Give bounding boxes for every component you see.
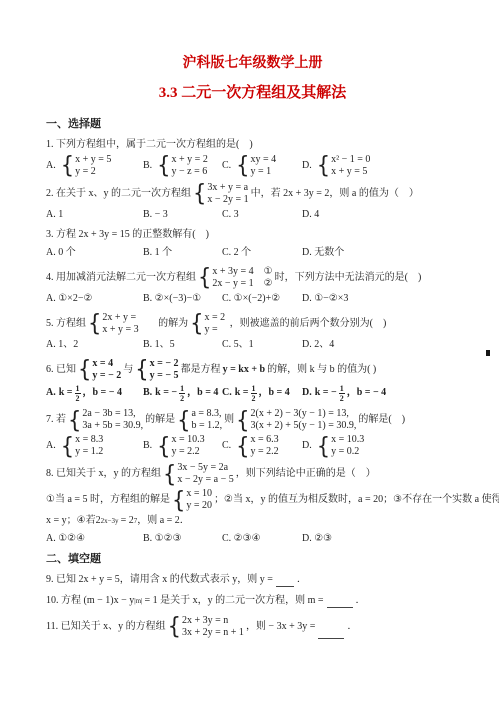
equation-system: {xy = 4y = 1 — [236, 154, 276, 178]
brace-icon: { — [68, 408, 81, 431]
equation-system: {x² − 1 = 0x + y = 5 — [317, 154, 371, 178]
option-a: A. 0 个 — [46, 246, 143, 260]
brace-icon: { — [193, 182, 206, 205]
equation-system: {3x + y = ax − 2y = 1 — [193, 182, 249, 206]
stem-text: 5. 方程组 — [46, 317, 86, 331]
option-d: D. {x = 10.3y = 0.2 — [302, 434, 459, 458]
equation-system: {x = 2y = — [190, 312, 228, 336]
stem-text: 11. 已知关于 x、y 的方程组 — [46, 620, 166, 634]
stem-text: ． — [356, 594, 366, 608]
option-d: D. ②③ — [302, 532, 459, 546]
fraction: 12 — [75, 384, 81, 403]
stem-text: 4. 用加减消元法解二元一次方程组 — [46, 271, 196, 285]
question-3-options: A. 0 个 B. 1 个 C. 2 个 D. 无数个 — [46, 246, 459, 260]
stem-text: 则 — [224, 413, 234, 427]
stem-text: 8. 已知关于 x，y 的方程组 — [46, 467, 161, 481]
stem-text: ． — [297, 573, 307, 587]
brace-icon: { — [236, 408, 249, 431]
stem-text: = 1 是关于 x，y 的二元一次方程，则 m = — [144, 594, 323, 608]
equation-system: {x = 8.3y = 1.2 — [61, 434, 104, 458]
option-b: B. 1、5 — [143, 338, 222, 352]
equation-system: {x + y = 5y = 2 — [61, 154, 112, 178]
option-d: D. 无数个 — [302, 246, 459, 260]
option-c: C. 3 — [222, 208, 302, 222]
question-8-statements-line1: ①当 a = 5 时，方程组的解是 {x = 10y = 20 ；②当 x，y … — [46, 488, 459, 512]
option-b: B. − 3 — [143, 208, 222, 222]
question-6-options: A. k = 12 ，b = − 4 B. k = − 12 ，b = 4 C.… — [46, 384, 459, 403]
question-2-options: A. 1 B. − 3 C. 3 D. 4 — [46, 208, 459, 222]
option-a: A. 1、2 — [46, 338, 143, 352]
option-c: C. 5、1 — [222, 338, 302, 352]
question-1-options: A. {x + y = 5y = 2 B. {x + y = 2y − z = … — [46, 154, 459, 178]
statement-text: x = y；④若2 — [46, 514, 101, 528]
question-1-stem: 1. 下列方程组中，属于二元一次方程组的是( ) — [46, 138, 459, 152]
option-a: A. {x + y = 5y = 2 — [46, 154, 143, 178]
option-b: B. {x = 10.3y = 2.2 — [143, 434, 222, 458]
stem-text: ，则下列结论中正确的是（ ） — [236, 467, 376, 481]
option-c: C. ②③④ — [222, 532, 302, 546]
stem-text: 的解，则 k 与 b 的值为( ) — [267, 363, 376, 377]
stem-text: 中，若 2x + 3y = 2，则 a 的值为（ ） — [251, 187, 419, 201]
brace-icon: { — [172, 488, 185, 511]
option-d: D. {x² − 1 = 0x + y = 5 — [302, 154, 459, 178]
stem-text: 的解为 — [148, 317, 188, 331]
equation-system: {a = 8.3,b = 1.2, — [177, 408, 222, 432]
fraction: 12 — [339, 384, 345, 403]
answer-blank — [318, 628, 344, 639]
question-9: 9. 已知 2x + y = 5，请用含 x 的代数式表示 y，则 y = ． — [46, 573, 459, 587]
section-fill-header: 二、填空题 — [46, 552, 459, 567]
option-d: D. 2、4 — [302, 338, 459, 352]
equation-system: {x = − 2y = − 5 — [135, 358, 178, 382]
question-8-stem: 8. 已知关于 x，y 的方程组 {3x − 5y = 2ax − 2y = a… — [46, 462, 459, 486]
worksheet-page: 沪科版七年级数学上册 3.3 二元一次方程组及其解法 一、选择题 1. 下列方程… — [0, 0, 499, 706]
brace-icon: { — [317, 154, 330, 177]
option-b: B. 1 个 — [143, 246, 222, 260]
equation-system: {x = 10.3y = 0.2 — [317, 434, 365, 458]
question-8-options: A. ①②④ B. ①②③ C. ②③④ D. ②③ — [46, 532, 459, 546]
statement-text: ；②当 x，y 的值互为相反数时，a = 20；③不存在一个实数 a 使得 — [214, 493, 499, 507]
option-b: B. k = − 12 ，b = 4 — [143, 384, 222, 403]
brace-icon: { — [78, 358, 91, 381]
fraction: 12 — [179, 384, 185, 403]
option-b: B. ②×(−3)−① — [143, 292, 222, 306]
equation-system: {x + 3y = 4 ①2x − y = 1 ② — [198, 266, 273, 290]
equation-system: {x = 6.3y = 2.2 — [236, 434, 279, 458]
brace-icon: { — [317, 434, 330, 457]
statement-text: = 2 — [121, 514, 134, 528]
stem-text: 10. 方程 (m − 1)x − y — [46, 594, 134, 608]
equation-system: {2x + 3y = n3x + 2y = n + 1 — [168, 615, 244, 639]
stem-text: 6. 已知 — [46, 363, 76, 377]
equation-system: {x = 10.3y = 2.2 — [157, 434, 205, 458]
question-3-stem: 3. 方程 2x + 3y = 15 的正整数解有( ) — [46, 228, 459, 242]
stem-text: 2. 在关于 x、y 的二元一次方程组 — [46, 187, 191, 201]
brace-icon: { — [190, 312, 203, 335]
page-title: 沪科版七年级数学上册 — [46, 56, 459, 73]
page-mark-dot — [486, 350, 490, 356]
brace-icon: { — [168, 615, 181, 638]
option-a: A. 1 — [46, 208, 143, 222]
option-a: A. ①②④ — [46, 532, 143, 546]
question-4-stem: 4. 用加减消元法解二元一次方程组 {x + 3y = 4 ①2x − y = … — [46, 266, 459, 290]
question-8-statements-line2: x = y；④若22x−3y= 27，则 a = 2． — [46, 514, 459, 528]
brace-icon: { — [163, 462, 176, 485]
brace-icon: { — [157, 154, 170, 177]
equation-system: {3x − 5y = 2ax − 2y = a − 5 — [163, 462, 234, 486]
option-a: A. ①×2−② — [46, 292, 143, 306]
question-5-stem: 5. 方程组 {2x + y = x + y = 3 的解为 {x = 2y =… — [46, 312, 459, 336]
brace-icon: { — [198, 266, 211, 289]
brace-icon: { — [135, 358, 148, 381]
equation-system: {2a − 3b = 13,3a + 5b = 30.9, — [68, 408, 143, 432]
stem-text: 3. 方程 2x + 3y = 15 的正整数解有( ) — [46, 228, 209, 242]
equation-system: {2(x + 2) − 3(y − 1) = 13,3(x + 2) + 5(y… — [236, 408, 356, 432]
option-b: B. ①②③ — [143, 532, 222, 546]
equation-system: {x = 10y = 20 — [172, 488, 212, 512]
statement-text: ①当 a = 5 时，方程组的解是 — [46, 493, 170, 507]
stem-text: 与 — [123, 363, 133, 377]
option-b: B. {x + y = 2y − z = 6 — [143, 154, 222, 178]
brace-icon: { — [61, 154, 74, 177]
stem-text: 9. 已知 2x + y = 5，请用含 x 的代数式表示 y，则 y = — [46, 573, 273, 587]
question-4-options: A. ①×2−② B. ②×(−3)−① C. ①×(−2)+② D. ①−②×… — [46, 292, 459, 306]
stem-text: ． — [347, 620, 357, 634]
equation-system: {2x + y = x + y = 3 — [88, 312, 146, 336]
fraction: 12 — [251, 384, 257, 403]
question-6-stem: 6. 已知 {x = 4y = − 2 与 {x = − 2y = − 5 都是… — [46, 358, 459, 382]
stem-text: 7. 若 — [46, 413, 66, 427]
stem-text: 的解是 — [145, 413, 175, 427]
question-7-options: A. {x = 8.3y = 1.2 B. {x = 10.3y = 2.2 C… — [46, 434, 459, 458]
question-7-stem: 7. 若 {2a − 3b = 13,3a + 5b = 30.9, 的解是 {… — [46, 408, 459, 432]
equation-system: {x = 4y = − 2 — [78, 358, 121, 382]
option-d: D. ①−②×3 — [302, 292, 459, 306]
stem-text: 1. 下列方程组中，属于二元一次方程组的是( ) — [46, 138, 253, 152]
answer-blank — [327, 597, 353, 608]
answer-blank — [276, 576, 294, 587]
equation-text: y = kx + b — [223, 363, 266, 377]
brace-icon: { — [236, 154, 249, 177]
brace-icon: { — [88, 312, 101, 335]
equation-system: {x + y = 2y − z = 6 — [157, 154, 208, 178]
stem-text: 时，下列方法中无法消元的是( ) — [275, 271, 422, 285]
option-a: A. {x = 8.3y = 1.2 — [46, 434, 143, 458]
option-a: A. k = 12 ，b = − 4 — [46, 384, 143, 403]
option-c: C. {xy = 4y = 1 — [222, 154, 302, 178]
question-5-options: A. 1、2 B. 1、5 C. 5、1 D. 2、4 — [46, 338, 459, 352]
stem-text: ，则 − 3x + 3y = — [246, 620, 315, 634]
page-subtitle: 3.3 二元一次方程组及其解法 — [46, 84, 459, 102]
brace-icon: { — [236, 434, 249, 457]
question-11: 11. 已知关于 x、y 的方程组 {2x + 3y = n3x + 2y = … — [46, 615, 459, 639]
section-choice-header: 一、选择题 — [46, 117, 459, 132]
question-2-stem: 2. 在关于 x、y 的二元一次方程组 {3x + y = ax − 2y = … — [46, 182, 459, 206]
option-d: D. k = − 12 ，b = − 4 — [302, 384, 459, 403]
statement-text: ，则 a = 2． — [137, 514, 190, 528]
option-d: D. 4 — [302, 208, 459, 222]
stem-text: 的解是( ) — [358, 413, 405, 427]
option-c: C. 2 个 — [222, 246, 302, 260]
brace-icon: { — [61, 434, 74, 457]
option-c: C. {x = 6.3y = 2.2 — [222, 434, 302, 458]
brace-icon: { — [157, 434, 170, 457]
stem-text: 都是方程 — [181, 363, 221, 377]
option-c: C. ①×(−2)+② — [222, 292, 302, 306]
option-c: C. k = 12 ，b = 4 — [222, 384, 302, 403]
stem-text: ，则被遮盖的前后两个数分别为( ) — [230, 317, 387, 331]
question-10: 10. 方程 (m − 1)x − y|m|= 1 是关于 x，y 的二元一次方… — [46, 594, 459, 608]
brace-icon: { — [177, 408, 190, 431]
